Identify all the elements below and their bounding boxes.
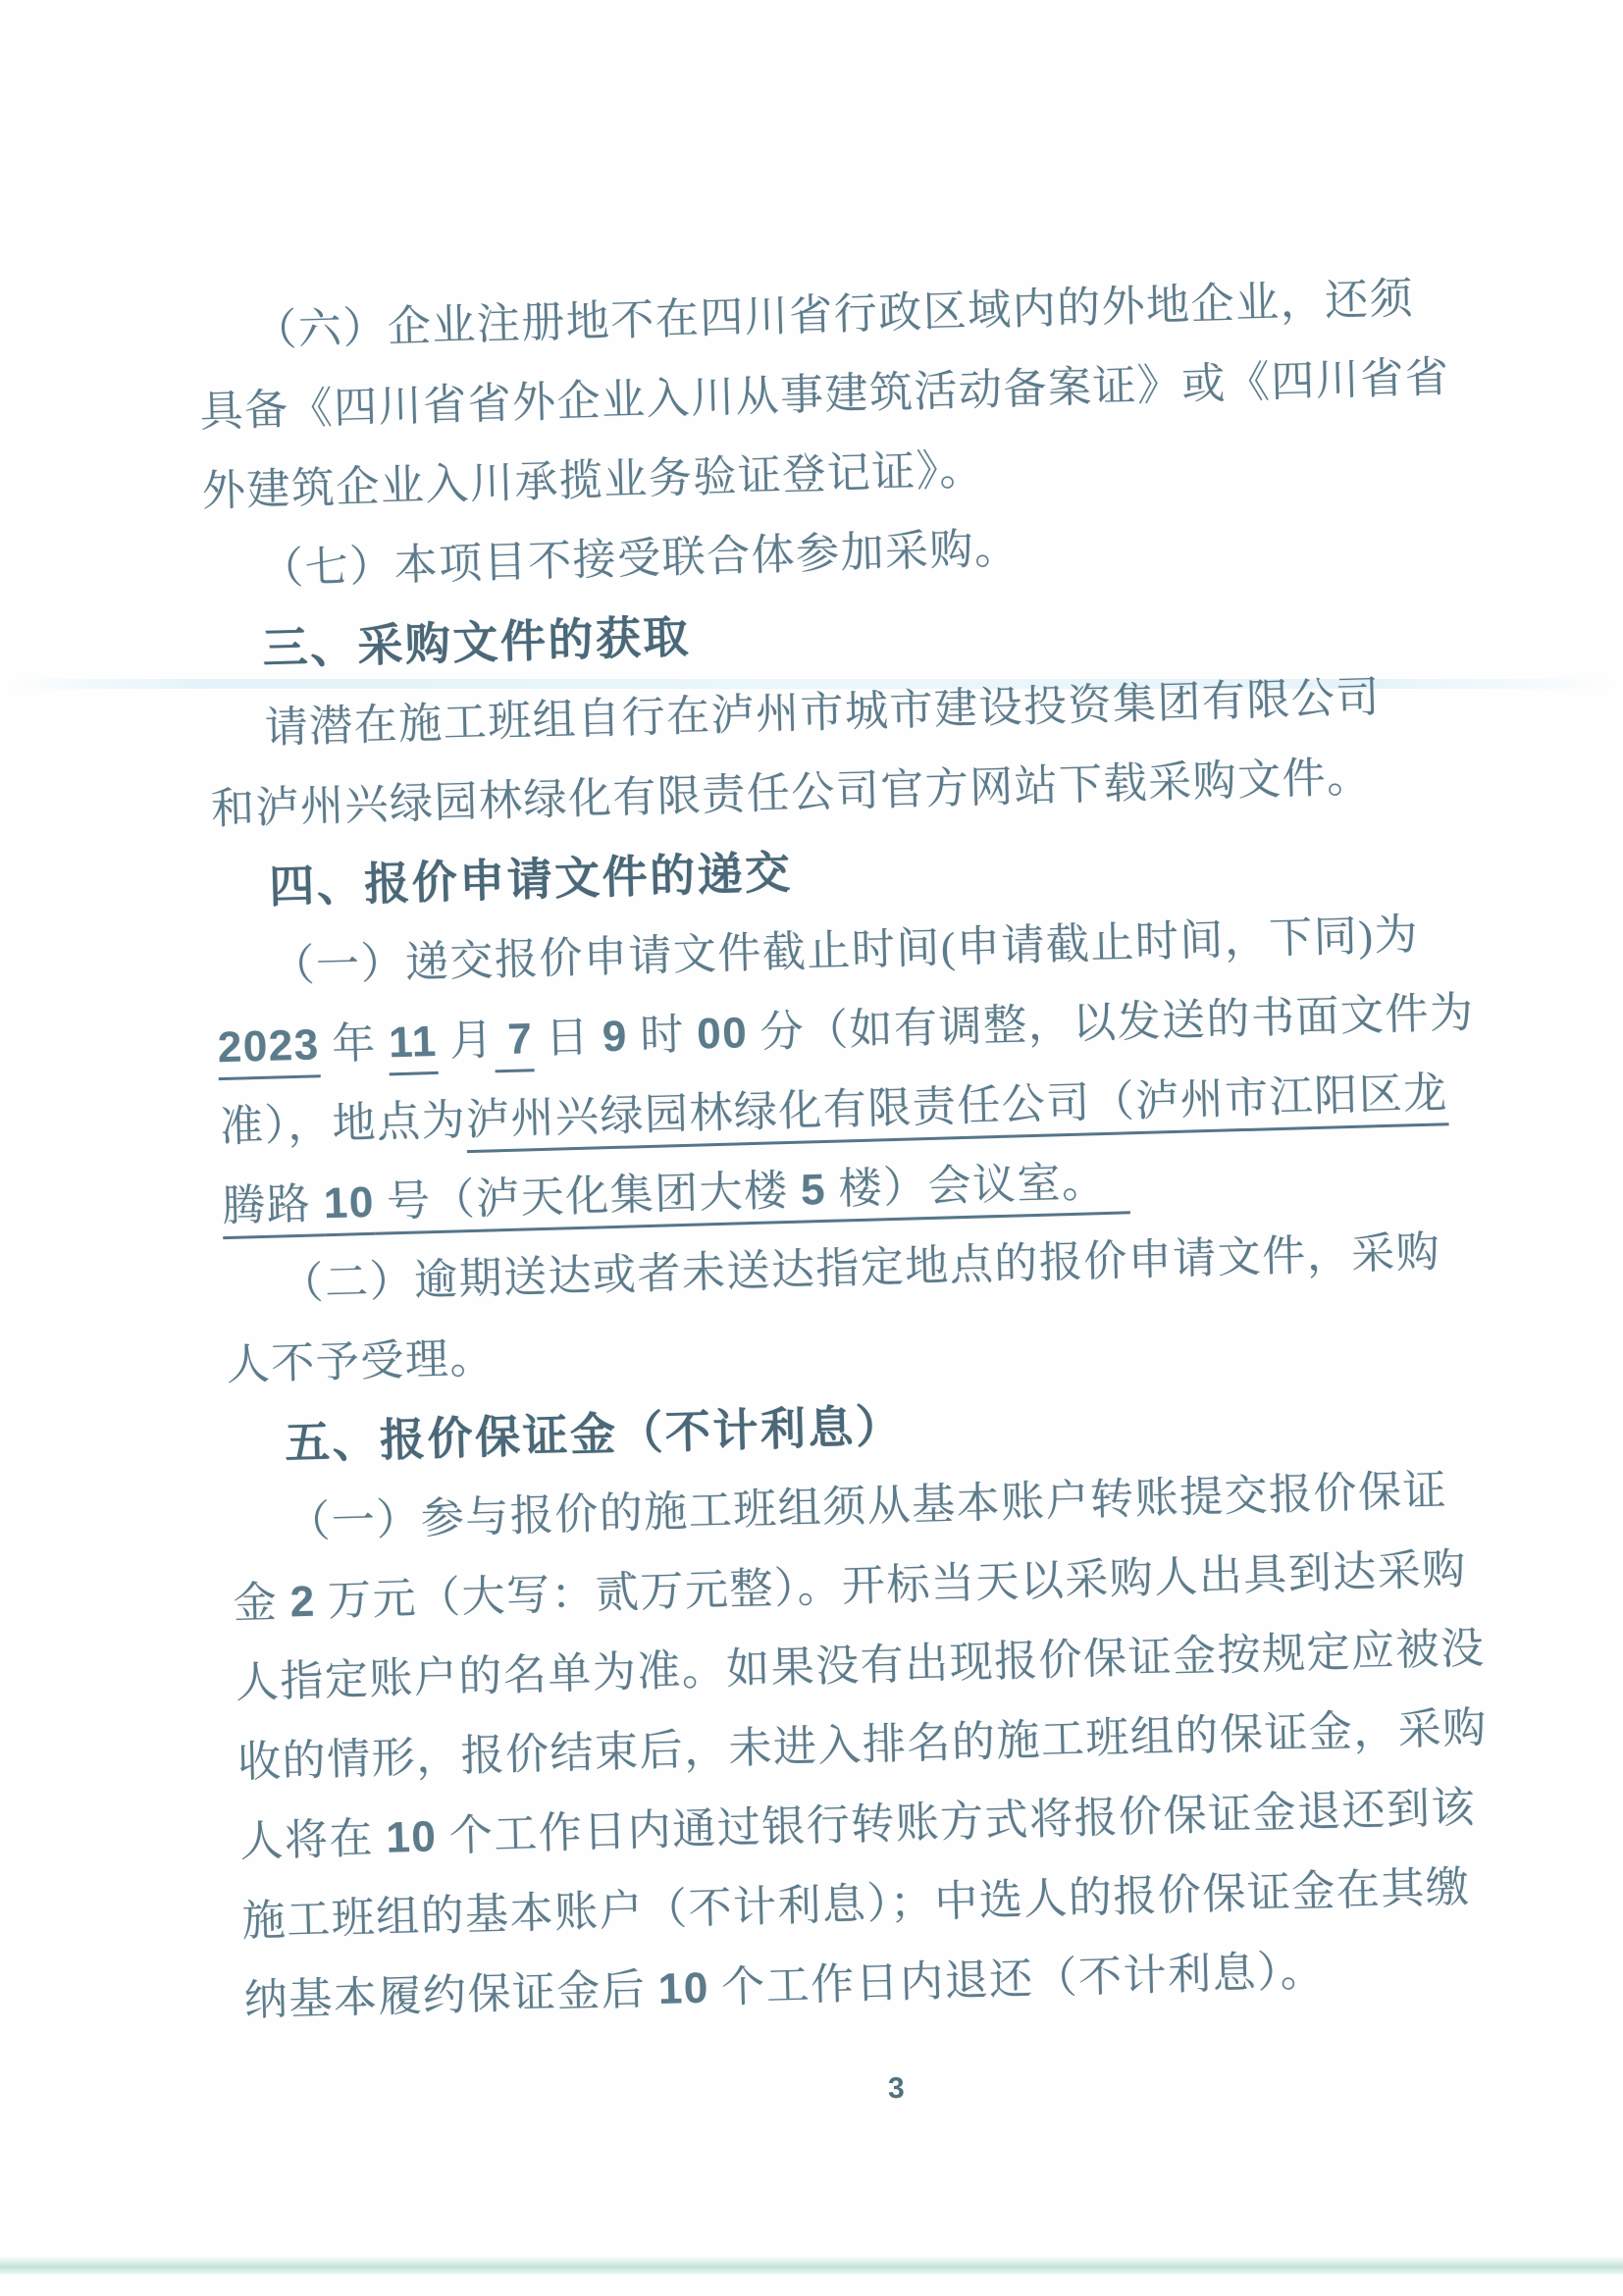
text-segment <box>1084 1157 1130 1215</box>
text-segment: 10 <box>657 1964 709 2013</box>
page-number: 3 <box>888 2072 905 2106</box>
text-segment: 人将在 <box>239 1814 387 1866</box>
text-segment: 五、报价保证金（不计利息） <box>284 1400 904 1469</box>
text-segment: 人不予受理。 <box>226 1333 495 1389</box>
text-segment: 号（泸天化集团大楼 <box>374 1167 802 1235</box>
text-segment: 时 <box>627 1011 698 1061</box>
text-segment: 和泸州兴绿园林绿化有限责任公司官方网站下载采购文件。 <box>210 753 1372 833</box>
text-segment: 日 <box>533 1013 603 1063</box>
text-segment: 纳基本履约保证金后 <box>243 1965 658 2025</box>
document-content: （六）企业注册地不在四川省行政区域内的外地企业，还须具备《四川省省外企业入川从事… <box>196 257 1520 2041</box>
text-segment: 准），地点为 <box>219 1096 466 1151</box>
text-segment: 2023 <box>217 1020 320 1080</box>
text-segment: 楼）会议室。 <box>825 1159 1085 1223</box>
text-segment: 金 <box>233 1578 290 1628</box>
text-segment: 请潜在施工班组自行在泸州市城市建设投资集团有限公司 <box>264 673 1381 753</box>
text-segment: 7 <box>494 1015 534 1072</box>
text-segment: 10 <box>386 1812 438 1861</box>
text-segment: 00 <box>697 1009 749 1058</box>
text-segment: 分（如有调整，以发送的书面文件为 <box>748 988 1476 1057</box>
text-segment: 10 <box>323 1178 376 1236</box>
scanned-document-page: （六）企业注册地不在四川省行政区域内的外地企业，还须具备《四川省省外企业入川从事… <box>0 0 1623 2296</box>
text-segment: 月 <box>437 1016 495 1066</box>
text-segment: 年 <box>319 1018 390 1069</box>
text-segment: 2 <box>289 1578 316 1627</box>
text-segment: 9 <box>602 1013 628 1062</box>
text-segment: （二）逾期送达或者未送达指定地点的报价申请文件，采购 <box>280 1227 1441 1308</box>
text-segment: 外建筑企业入川承揽业务验证登记证》。 <box>201 445 984 515</box>
text-segment: 5 <box>800 1166 827 1224</box>
scan-edge-artifact <box>0 2258 1623 2274</box>
text-segment: 个工作日内退还（不计利息）。 <box>708 1947 1326 2012</box>
text-segment: 个工作日内通过银行转账方式将报价保证金退还到该 <box>437 1784 1477 1861</box>
text-segment: 四、报价申请文件的递交 <box>269 847 794 913</box>
text-segment: （七）本项目不接受联合体参加采购。 <box>260 524 1021 594</box>
text-segment: 三、采购文件的获取 <box>262 611 692 674</box>
text-segment: 腾路 <box>222 1179 325 1239</box>
text-segment: 11 <box>388 1018 438 1075</box>
